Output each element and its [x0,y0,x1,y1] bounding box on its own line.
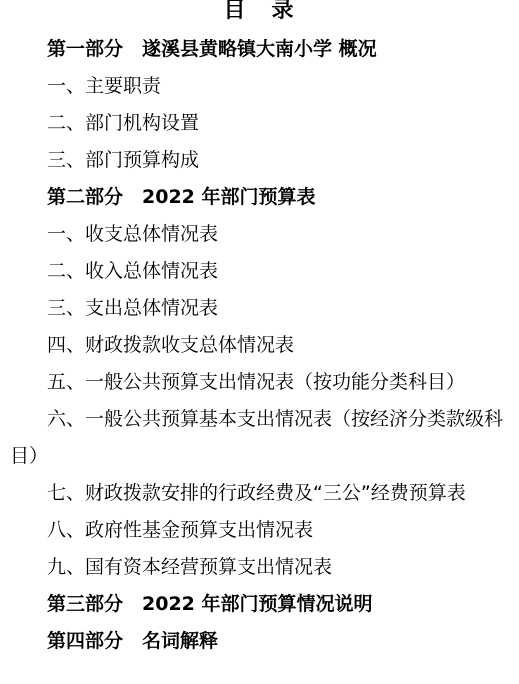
page-title: 目 录 [10,0,509,24]
toc-item: 一、主要职责 [10,68,509,105]
toc-item: 二、部门机构设置 [10,105,509,142]
document-page: 目 录 第一部分 遂溪县黄略镇大南小学 概况一、主要职责二、部门机构设置三、部门… [0,0,519,681]
toc-item: 四、财政拨款收支总体情况表 [10,327,509,364]
toc-item: 二、收入总体情况表 [10,253,509,290]
toc-section-heading: 第三部分 2022 年部门预算情况说明 [10,586,509,623]
toc-item: 九、国有资本经营预算支出情况表 [10,549,509,586]
toc-item: 七、财政拨款安排的行政经费及“三公”经费预算表 [10,475,509,512]
toc-item: 三、支出总体情况表 [10,290,509,327]
toc-section-heading: 第一部分 遂溪县黄略镇大南小学 概况 [10,31,509,68]
toc-item: 八、政府性基金预算支出情况表 [10,512,509,549]
toc-item: 一、收支总体情况表 [10,216,509,253]
toc-item: 三、部门预算构成 [10,142,509,179]
toc-item: 六、一般公共预算基本支出情况表（按经济分类款级科目） [10,401,509,475]
toc-section-heading: 第四部分 名词解释 [10,623,509,660]
toc-section-heading: 第二部分 2022 年部门预算表 [10,179,509,216]
toc-item: 五、一般公共预算支出情况表（按功能分类科目） [10,364,509,401]
toc-list: 第一部分 遂溪县黄略镇大南小学 概况一、主要职责二、部门机构设置三、部门预算构成… [0,31,519,660]
